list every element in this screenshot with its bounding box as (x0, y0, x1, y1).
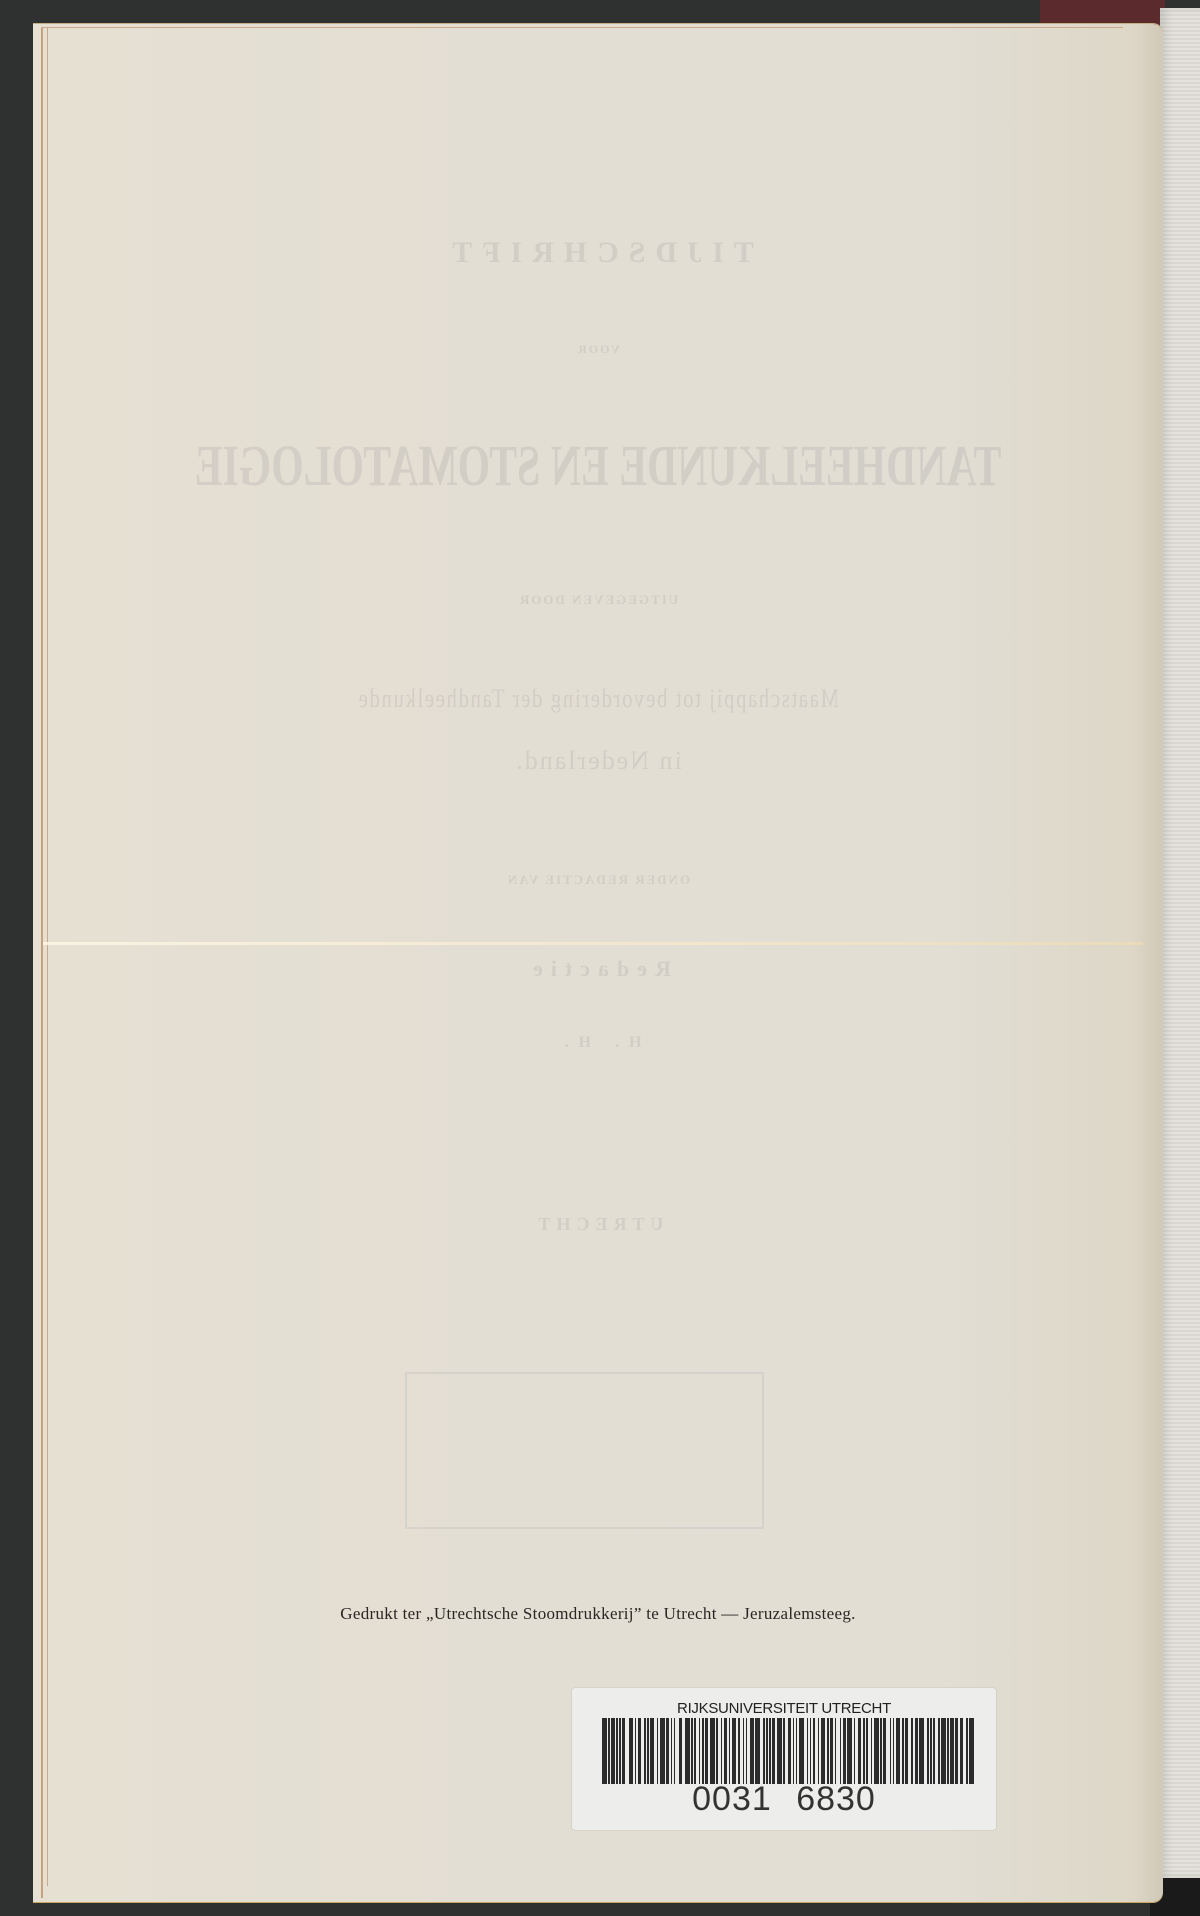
printer-imprint: Gedrukt ter „Utrechtsche Stoomdrukkerij”… (33, 1604, 1163, 1624)
bleed-through-text: H. H. (33, 1034, 1163, 1052)
bleed-through-text: Redactie (33, 956, 1163, 982)
barcode-owner-text: RIJKSUNIVERSITEIT UTRECHT (572, 1700, 996, 1717)
library-stamp-ghost (405, 1372, 764, 1529)
book-page: TIJDSCHRIFT VOOR TANDHEELKUNDE EN STOMAT… (33, 24, 1163, 1902)
bleed-through-text: TIJDSCHRIFT (33, 236, 1163, 270)
barcode-icon (602, 1718, 974, 1784)
page-fold-crease (43, 942, 1143, 945)
cloth-binding (1160, 8, 1200, 1878)
bleed-through-text: in Nederland. (33, 746, 1163, 776)
bleed-through-text: ONDER REDACTIE VAN (33, 872, 1163, 888)
bleed-through-text: VOOR (33, 342, 1163, 357)
bleed-through-text: UTRECHT (33, 1214, 1163, 1235)
library-barcode-label: RIJKSUNIVERSITEIT UTRECHT 0031 6830 (572, 1688, 996, 1830)
bleed-through-text: TANDHEELKUNDE EN STOMATOLOGIE (191, 432, 1005, 499)
bleed-through-text: UITGEGEVEN DOOR (33, 592, 1163, 608)
page-top-edge (41, 27, 1123, 28)
barcode-bar (969, 1718, 974, 1784)
barcode-number: 0031 6830 (572, 1780, 996, 1819)
bleed-through-text: Maatschappij tot bevordering der Tandhee… (146, 684, 1050, 714)
